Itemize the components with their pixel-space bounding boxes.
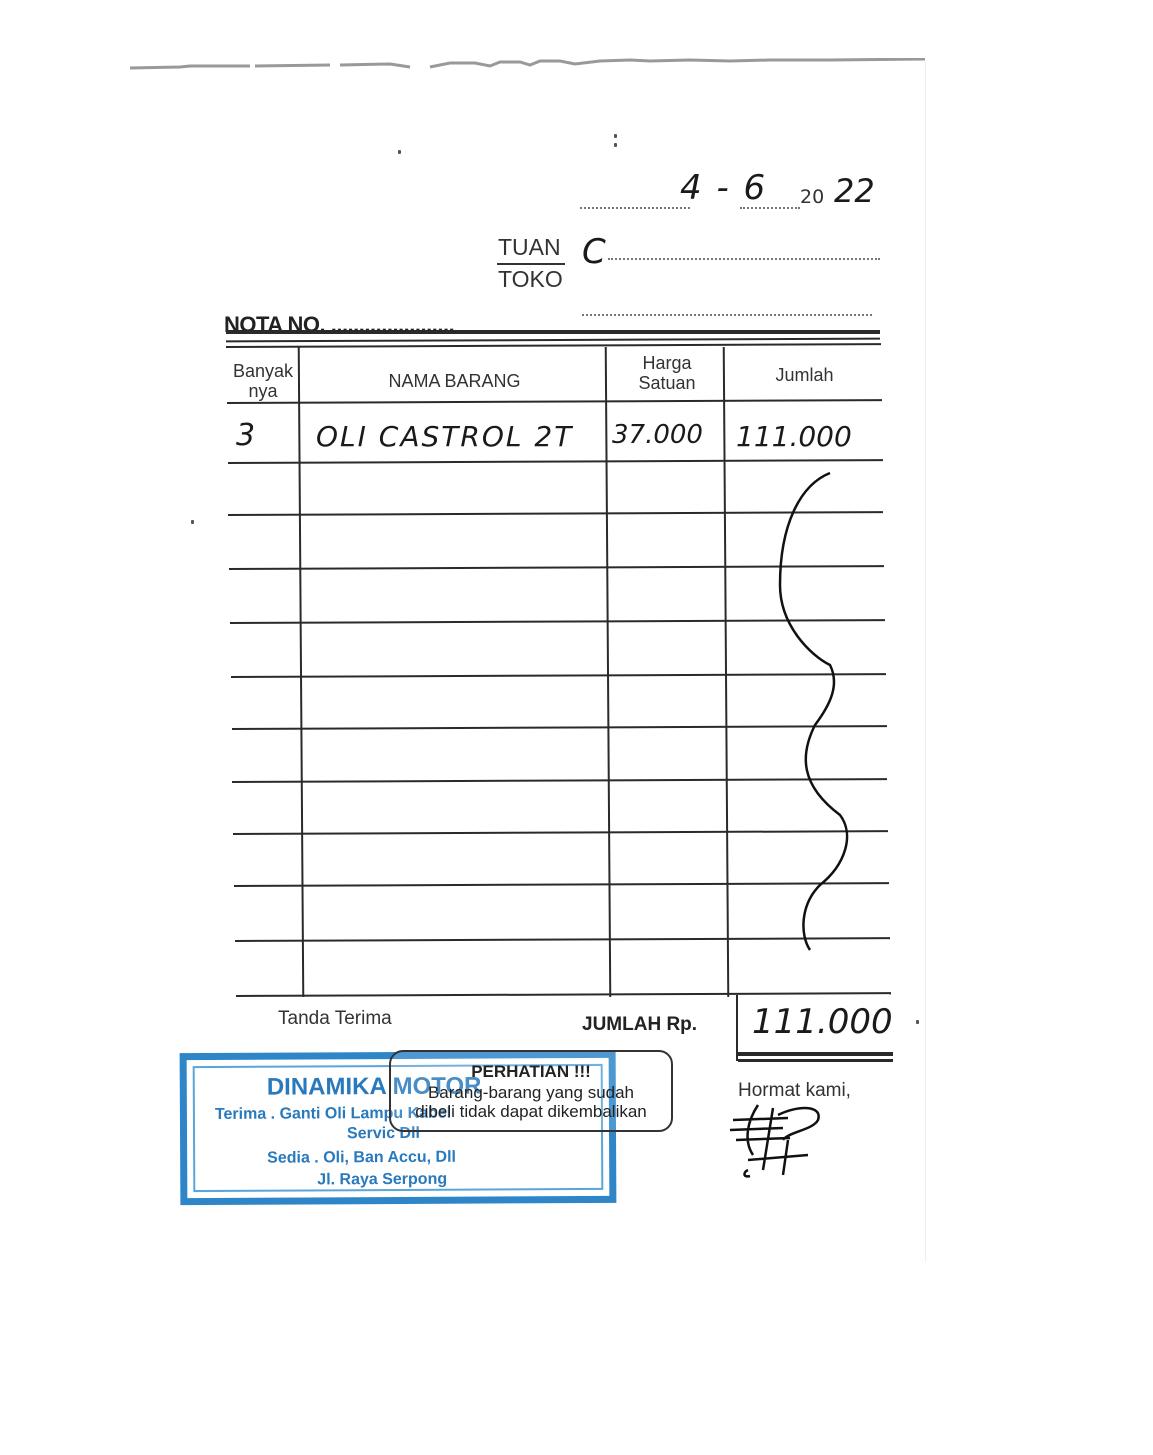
stamp-line-3: Sedia . Oli, Ban Accu, Dll [267,1149,456,1168]
notice-line-2: dibeli tidak dapat dikembalikan [391,1102,671,1121]
paper-speck [614,134,617,138]
date-year-suffix: 22 [834,172,875,210]
stamp-line-4: Jl. Raya Serpong [317,1171,447,1190]
notice-line-1: Barang-barang yang sudah [391,1083,671,1102]
header-unit-price: Harga Satuan [609,353,725,393]
customer-dotted-line [608,258,880,260]
tuan-toko-divider [497,263,565,265]
row-1-unit-price: 37.000 [612,420,703,450]
torn-edge [130,58,925,74]
table-row-line [228,459,883,464]
date-dotted-line [580,207,690,209]
header-qty-line2: nya [226,381,300,401]
header-thick-rule [226,330,880,334]
nota-number-label: NOTA NO. ...................... [224,312,454,338]
paper-speck [614,143,617,147]
table-row-line [227,399,882,404]
header-price-line2: Satuan [609,373,725,393]
header-thin-rule [226,338,880,343]
hormat-kami-label: Hormat kami, [738,1080,851,1102]
row-1-amount: 111.000 [736,420,852,453]
date-day-month: 4 - 6 [680,168,767,208]
paper-edge [925,62,926,1262]
notice-title: PERHATIAN !!! [391,1062,671,1082]
customer-name: C [582,232,606,272]
strike-brace-mark [760,465,880,955]
paper-speck [916,1020,919,1024]
notice-box: PERHATIAN !!! Barang-barang yang sudah d… [389,1050,673,1132]
paper-speck [191,520,194,524]
col-divider-price [723,347,730,997]
total-double-rule-1 [738,1052,893,1056]
tanda-terima-label: Tanda Terima [278,1008,392,1030]
total-double-rule-2 [738,1059,893,1062]
tuan-label: TUAN [498,234,561,261]
row-1-item: OLI CASTROL 2T [316,420,573,453]
header-item: NAMA BARANG [302,371,607,391]
customer-dotted-line-2 [582,314,872,316]
notice-body: Barang-barang yang sudah dibeli tidak da… [391,1083,671,1121]
paper-speck [398,150,401,154]
date-year-prefix: 20 [800,186,824,208]
table-row-line [236,992,891,997]
col-divider-item [605,347,612,997]
signature [728,1100,838,1180]
header-qty-line1: Banyak [226,361,300,381]
total-label: JUMLAH Rp. [582,1014,697,1036]
header-amount: Jumlah [727,365,882,385]
toko-label: TOKO [498,266,563,293]
table-row-line [226,343,881,348]
header-price-line1: Harga [609,353,725,373]
row-1-qty: 3 [236,418,255,453]
total-value: 111.000 [752,1002,893,1042]
receipt-page: 4 - 6 20 22 TUAN TOKO C NOTA NO. .......… [0,0,1153,1455]
col-divider-qty [298,347,305,997]
header-qty: Banyak nya [226,361,300,401]
